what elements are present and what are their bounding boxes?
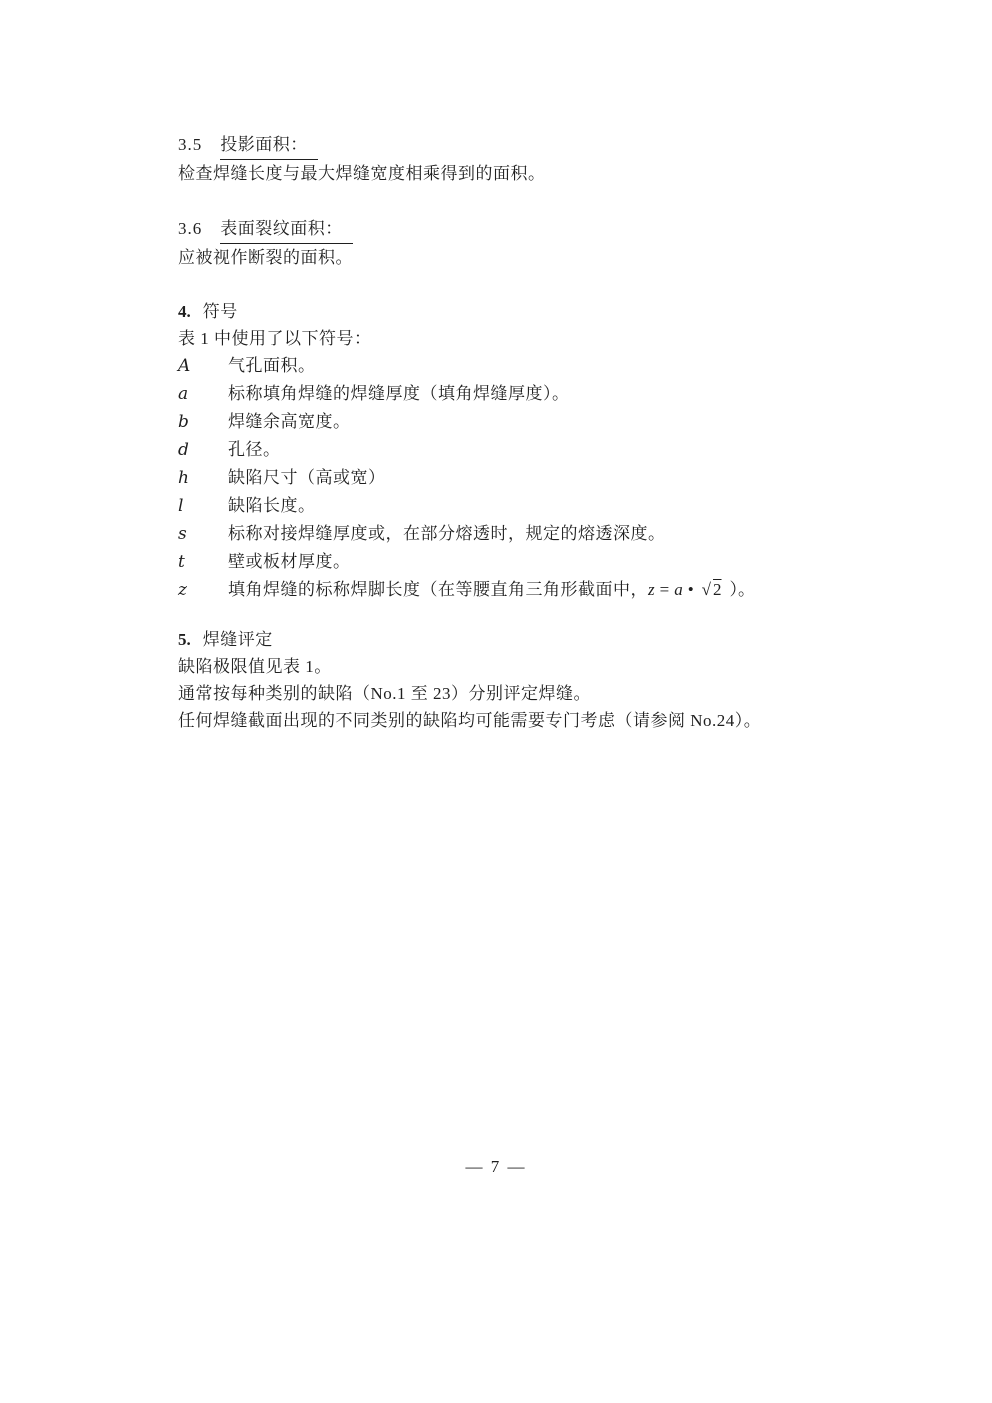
symbol-letter: b — [178, 409, 228, 436]
section-3-6-title: 表面裂纹面积： — [220, 215, 353, 244]
symbol-row-z: z 填角焊缝的标称焊脚长度（在等腰直角三角形截面中，z=a•√2）。 — [178, 576, 858, 604]
symbol-row: A 气孔面积。 — [178, 352, 858, 380]
section-3-6-number: 3.6 — [178, 215, 202, 242]
evaluation-paragraph: 通常按每种类别的缺陷（No.1 至 23）分别评定焊缝。 — [178, 680, 858, 707]
symbol-letter: d — [178, 437, 228, 464]
evaluation-paragraph: 任何焊缝截面出现的不同类别的缺陷均可能需要专门考虑（请参阅 No.24）。 — [178, 707, 858, 734]
radical-sign: √ — [702, 580, 711, 599]
section-3-6-body: 应被视作断裂的面积。 — [178, 244, 858, 271]
symbols-intro: 表 1 中使用了以下符号： — [178, 325, 858, 352]
symbol-letter: l — [178, 493, 228, 520]
symbol-definition: 填角焊缝的标称焊脚长度（在等腰直角三角形截面中，z=a•√2）。 — [228, 576, 858, 603]
section-3-5-title: 投影面积： — [220, 131, 318, 160]
section-5-title: 焊缝评定 — [203, 630, 273, 649]
symbol-definition: 缺陷长度。 — [228, 492, 858, 519]
section-5-heading: 5.焊缝评定 — [178, 626, 858, 653]
symbol-definition: 焊缝余高宽度。 — [228, 408, 858, 435]
section-5-number: 5. — [178, 630, 191, 649]
symbol-definition: 气孔面积。 — [228, 352, 858, 379]
z-definition-prefix: 填角焊缝的标称焊脚长度（在等腰直角三角形截面中， — [228, 580, 648, 599]
z-formula: z=a•√2）。 — [648, 580, 755, 599]
formula-lhs: z — [648, 580, 655, 599]
section-4-title: 符号 — [203, 302, 238, 321]
symbol-definition: 标称填角焊缝的焊缝厚度（填角焊缝厚度）。 — [228, 380, 858, 407]
symbol-definition: 标称对接焊缝厚度或，在部分熔透时，规定的熔透深度。 — [228, 520, 858, 547]
section-3-5-body: 检查焊缝长度与最大焊缝宽度相乘得到的面积。 — [178, 160, 858, 187]
section-4-heading: 4.符号 — [178, 298, 858, 325]
symbol-definition: 壁或板材厚度。 — [228, 548, 858, 575]
symbol-row: l 缺陷长度。 — [178, 492, 858, 520]
z-definition-suffix: ）。 — [730, 580, 756, 599]
symbol-row: s 标称对接焊缝厚度或，在部分熔透时，规定的熔透深度。 — [178, 520, 858, 548]
page-content: 3.5投影面积： 检查焊缝长度与最大焊缝宽度相乘得到的面积。 3.6表面裂纹面积… — [178, 131, 858, 734]
equals-sign: = — [660, 580, 670, 599]
symbol-letter: h — [178, 465, 228, 492]
radicand: 2 — [711, 580, 724, 599]
evaluation-paragraph: 缺陷极限值见表 1。 — [178, 653, 858, 680]
document-page: { "page": { "bg_color": "#ffffff", "text… — [0, 0, 992, 1403]
symbol-letter: s — [178, 521, 228, 548]
section-3-5-number: 3.5 — [178, 131, 202, 158]
symbol-row: d 孔径。 — [178, 436, 858, 464]
formula-var-a: a — [674, 580, 683, 599]
symbol-definition: 缺陷尺寸（高或宽） — [228, 464, 858, 491]
symbol-row: b 焊缝余高宽度。 — [178, 408, 858, 436]
symbol-letter: a — [178, 381, 228, 408]
page-number: — 7 — — [0, 1153, 992, 1180]
symbol-row: t 壁或板材厚度。 — [178, 548, 858, 576]
dot-operator: • — [688, 580, 694, 599]
symbol-letter: A — [178, 353, 228, 380]
symbol-definition: 孔径。 — [228, 436, 858, 463]
symbol-letter: t — [178, 549, 228, 576]
section-3-5-heading: 3.5投影面积： — [178, 131, 858, 160]
section-3-6-heading: 3.6表面裂纹面积： — [178, 215, 858, 244]
symbol-letter: z — [178, 577, 228, 604]
section-4-number: 4. — [178, 302, 191, 321]
symbol-row: a 标称填角焊缝的焊缝厚度（填角焊缝厚度）。 — [178, 380, 858, 408]
symbol-row: h 缺陷尺寸（高或宽） — [178, 464, 858, 492]
